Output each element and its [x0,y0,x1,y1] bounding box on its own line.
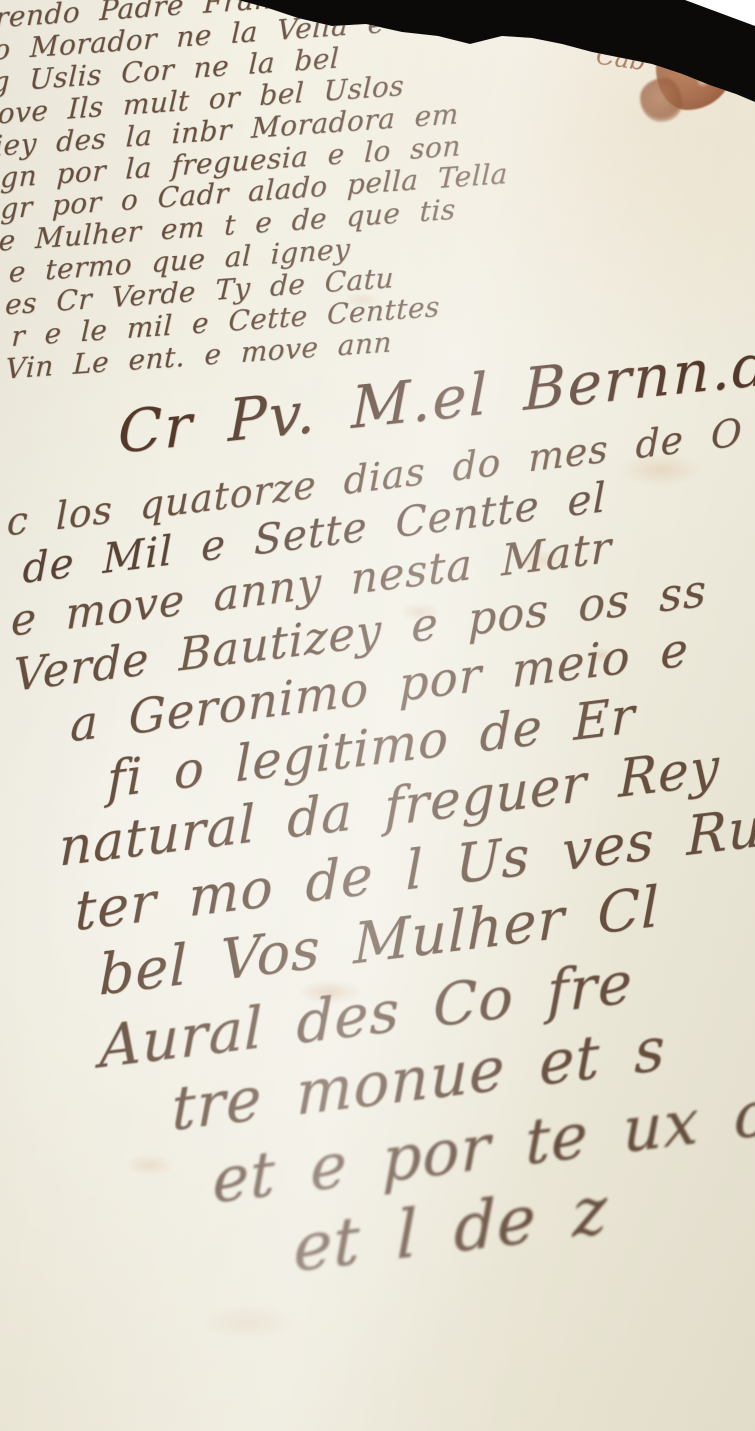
manuscript-photo: rendo Padre Francisco Mon o Morador ne l… [0,0,755,1431]
entry-text-block: c los quatorze dias do mes de O de Mil e… [0,383,755,1314]
manuscript-page: rendo Padre Francisco Mon o Morador ne l… [0,0,755,1431]
archival-stamp-icon [640,78,682,122]
